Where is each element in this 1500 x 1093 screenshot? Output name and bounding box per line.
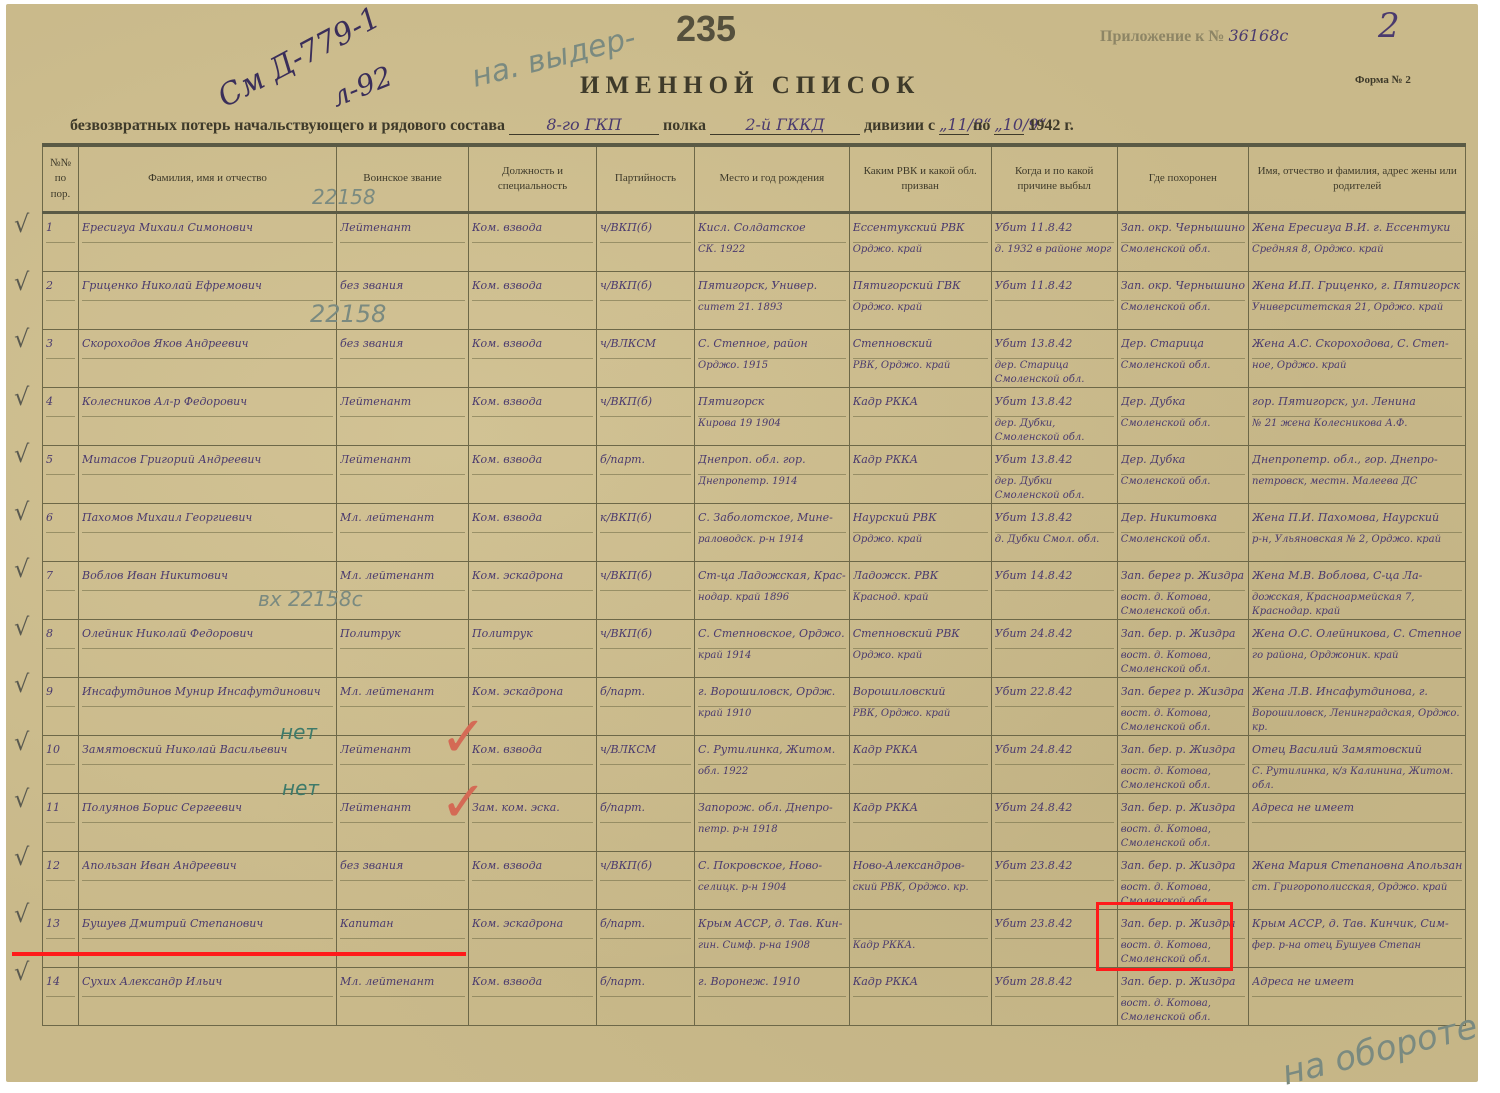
buried-cell: Зап. берег р. Жиздравост. д. Котова, Смо… bbox=[1117, 562, 1248, 620]
table-row: 5 Митасов Григорий Андреевич Лейтенант К… bbox=[43, 446, 1466, 504]
relatives-line2: го района, Орджоник. край bbox=[1252, 649, 1462, 677]
military-rank: Лейтенант bbox=[340, 388, 465, 417]
relatives-line2: фер. р-на отец Бушуев Степан bbox=[1252, 939, 1462, 967]
row-number: 5 bbox=[46, 446, 75, 475]
when-line1: Убит 13.8.42 bbox=[995, 504, 1114, 533]
row-number: 10 bbox=[46, 736, 75, 765]
appendix-reference: Приложение к № 36168с bbox=[1100, 26, 1288, 46]
full-name: Колесников Ал-р Федорович bbox=[82, 388, 333, 417]
row-number: 1 bbox=[46, 214, 75, 243]
buried-line2: вост. д. Котова, Смоленской обл. bbox=[1121, 765, 1245, 793]
margin-check-icon: √ bbox=[14, 440, 29, 468]
year: 1942 bbox=[1028, 117, 1060, 134]
header-number: №№ по пор. bbox=[43, 145, 79, 213]
party-membership: ч/ВКП(б) bbox=[600, 388, 691, 417]
relatives-line1: Адреса не имеет bbox=[1252, 794, 1462, 823]
buried-cell: Дер. ДубкаСмоленской обл. bbox=[1117, 446, 1248, 504]
casualty-list-table: №№ по пор. Фамилия, имя и отчество Воинс… bbox=[42, 143, 1466, 1026]
party-membership: б/парт. bbox=[600, 446, 691, 475]
header-buried: Где похоронен bbox=[1117, 145, 1248, 213]
pencil-number-3: вх 22158с bbox=[258, 587, 363, 611]
military-rank: Мл. лейтенант bbox=[340, 678, 465, 707]
birth-place-line1: Кисл. Солдатское bbox=[698, 214, 846, 243]
position: Ком. взвода bbox=[472, 330, 593, 359]
relatives-line1: Жена Ересигуа В.И. г. Ессентуки bbox=[1252, 214, 1462, 243]
document-title: ИМЕННОЙ СПИСОК bbox=[580, 72, 920, 100]
birth-place-line2: Орджо. 1915 bbox=[698, 359, 846, 387]
military-rank: без звания bbox=[340, 852, 465, 881]
document-subtitle: безвозвратных потерь начальствующего и р… bbox=[70, 115, 1074, 135]
position: Ком. взвода bbox=[472, 446, 593, 475]
birth-place-line1: Крым АССР, д. Тав. Кин- bbox=[698, 910, 846, 939]
position: Ком. эскадрона bbox=[472, 562, 593, 591]
margin-note-no-2: нет bbox=[282, 776, 319, 800]
header-party: Партийность bbox=[597, 145, 695, 213]
buried-line2: Смоленской обл. bbox=[1121, 533, 1245, 561]
buried-cell: Дер. СтарицаСмоленской обл. bbox=[1117, 330, 1248, 388]
relatives-line1: Жена Мария Степановна Апользан bbox=[1252, 852, 1462, 881]
relatives-line2: № 21 жена Колесникова А.Ф. bbox=[1252, 417, 1462, 445]
when-line2 bbox=[995, 301, 1114, 329]
when-line2 bbox=[995, 823, 1114, 851]
birth-place-line1: Запорож. обл. Днепро- bbox=[698, 794, 846, 823]
relatives-line1: Днепропетр. обл., гор. Днепро- bbox=[1252, 446, 1462, 475]
buried-line1: Зап. бер. р. Жиздра bbox=[1121, 852, 1245, 881]
position: Ком. взвода bbox=[472, 504, 593, 533]
buried-cell: Зап. бер. р. Жиздравост. д. Котова, Смол… bbox=[1117, 620, 1248, 678]
highlight-underline-row-13 bbox=[12, 952, 466, 956]
relatives-line2: Средняя 8, Орджо. край bbox=[1252, 243, 1462, 271]
birth-place-line2: СК. 1922 bbox=[698, 243, 846, 271]
when-line1: Убит 11.8.42 bbox=[995, 272, 1114, 301]
buried-line1: Дер. Дубка bbox=[1121, 446, 1245, 475]
party-membership: б/парт. bbox=[600, 678, 691, 707]
full-name: Инсафутдинов Мунир Инсафутдинович bbox=[82, 678, 333, 707]
when-line1: Убит 14.8.42 bbox=[995, 562, 1114, 591]
subtitle-prefix: безвозвратных потерь начальствующего и р… bbox=[70, 117, 505, 134]
rvk-line2: РВК, Орджо. край bbox=[853, 707, 988, 735]
when-line1: Убит 13.8.42 bbox=[995, 388, 1114, 417]
party-membership: б/парт. bbox=[600, 794, 691, 823]
buried-cell: Зап. бер. р. Жиздравост. д. Котова, Смол… bbox=[1117, 736, 1248, 794]
relatives-line1: Жена А.С. Скороходова, С. Степ- bbox=[1252, 330, 1462, 359]
buried-cell: Дер. НикитовкаСмоленской обл. bbox=[1117, 504, 1248, 562]
full-name: Скороходов Яков Андреевич bbox=[82, 330, 333, 359]
birth-place-line1: Днепроп. обл. гор. bbox=[698, 446, 846, 475]
when-line2 bbox=[995, 997, 1114, 1025]
rvk-line1: Кадр РККА bbox=[853, 388, 988, 417]
margin-check-icon: √ bbox=[14, 843, 29, 871]
header-when: Когда и по какой причине выбыл bbox=[991, 145, 1117, 213]
party-membership: ч/ВКП(б) bbox=[600, 272, 691, 301]
pencil-number-1: 22158 bbox=[312, 185, 376, 209]
full-name: Сухих Александр Ильич bbox=[82, 968, 333, 997]
position: Ком. взвода bbox=[472, 968, 593, 997]
table-row: 10 Замятовский Николай Васильевич Лейтен… bbox=[43, 736, 1466, 794]
rvk-line2: Орджо. край bbox=[853, 649, 988, 677]
row-number: 11 bbox=[46, 794, 75, 823]
full-name: Пахомов Михаил Георгиевич bbox=[82, 504, 333, 533]
buried-line1: Зап. берег р. Жиздра bbox=[1121, 562, 1245, 591]
division-value: 2-й ГККД bbox=[710, 115, 860, 135]
when-line1: Убит 13.8.42 bbox=[995, 446, 1114, 475]
position: Ком. взвода bbox=[472, 388, 593, 417]
table-row: 12 Апользан Иван Андреевич без звания Ко… bbox=[43, 852, 1466, 910]
birth-place-line1: С. Заболотское, Мине- bbox=[698, 504, 846, 533]
relatives-line1: гор. Пятигорск, ул. Ленина bbox=[1252, 388, 1462, 417]
relatives-line1: Жена П.И. Пахомова, Наурский bbox=[1252, 504, 1462, 533]
buried-line1: Зап. бер. р. Жиздра bbox=[1121, 968, 1245, 997]
birth-place-line2: обл. 1922 bbox=[698, 765, 846, 793]
relatives-line1: Отец Василий Замятовский bbox=[1252, 736, 1462, 765]
table-row: 8 Олейник Николай Федорович Политрук Пол… bbox=[43, 620, 1466, 678]
party-membership: ч/ВЛКСМ bbox=[600, 330, 691, 359]
buried-cell: Зап. окр. ЧернышиноСмоленской обл. bbox=[1117, 213, 1248, 272]
table-row: 14 Сухих Александр Ильич Мл. лейтенант К… bbox=[43, 968, 1466, 1026]
birth-place-line2: край 1914 bbox=[698, 649, 846, 677]
relatives-line1: Адреса не имеет bbox=[1252, 968, 1462, 997]
buried-line2: вост. д. Котова, Смоленской обл. bbox=[1121, 707, 1245, 735]
when-line2: д. 1932 в районе морг bbox=[995, 243, 1114, 271]
header-name: Фамилия, имя и отчество bbox=[79, 145, 337, 213]
birth-place-line1: С. Степновское, Орджо. bbox=[698, 620, 846, 649]
when-line1: Убит 24.8.42 bbox=[995, 794, 1114, 823]
row-number: 13 bbox=[46, 910, 75, 939]
year-suffix: г. bbox=[1064, 117, 1073, 134]
when-line1: Убит 22.8.42 bbox=[995, 678, 1114, 707]
position: Ком. взвода bbox=[472, 852, 593, 881]
page-mark: 2 bbox=[1378, 6, 1400, 46]
regiment-label: полка bbox=[663, 117, 706, 134]
buried-line2: вост. д. Котова, Смоленской обл. bbox=[1121, 649, 1245, 677]
position: Ком. взвода bbox=[472, 736, 593, 765]
when-line1: Убит 23.8.42 bbox=[995, 852, 1114, 881]
rvk-line1: Пятигорский ГВК bbox=[853, 272, 988, 301]
when-line2 bbox=[995, 591, 1114, 619]
buried-line2: вост. д. Котова, Смоленской обл. bbox=[1121, 591, 1245, 619]
birth-place-line2: селицк. р-н 1904 bbox=[698, 881, 846, 909]
rvk-line1: Кадр РККА bbox=[853, 446, 988, 475]
buried-line2: Смоленской обл. bbox=[1121, 417, 1245, 445]
birth-place-line1: С. Степное, район bbox=[698, 330, 846, 359]
highlight-box-burial-row-13 bbox=[1096, 902, 1233, 971]
rvk-line2 bbox=[853, 765, 988, 793]
rvk-line2: Орджо. край bbox=[853, 533, 988, 561]
red-check-icon: ✓ bbox=[440, 705, 487, 770]
margin-check-icon: √ bbox=[14, 555, 29, 583]
buried-cell: Зап. бер. р. Жиздравост. д. Котова, Смол… bbox=[1117, 794, 1248, 852]
position: Ком. взвода bbox=[472, 272, 593, 301]
buried-line1: Зап. окр. Чернышино bbox=[1121, 214, 1245, 243]
military-rank: Капитан bbox=[340, 910, 465, 939]
margin-check-icon: √ bbox=[14, 900, 29, 928]
table-row: 11 Полуянов Борис Сергеевич Лейтенант За… bbox=[43, 794, 1466, 852]
position: Политрук bbox=[472, 620, 593, 649]
military-rank: Лейтенант bbox=[340, 446, 465, 475]
position: Ком. взвода bbox=[472, 214, 593, 243]
rvk-line2: ский РВК, Орджо. кр. bbox=[853, 881, 988, 909]
when-line2: д. Дубки Смол. обл. bbox=[995, 533, 1114, 561]
rvk-line1: Кадр РККА bbox=[853, 968, 988, 997]
birth-place-line2 bbox=[698, 997, 846, 1025]
when-line1: Убит 11.8.42 bbox=[995, 214, 1114, 243]
birth-place-line2: раловодск. р-н 1914 bbox=[698, 533, 846, 561]
buried-line2: Смоленской обл. bbox=[1121, 243, 1245, 271]
party-membership: ч/ВКП(б) bbox=[600, 852, 691, 881]
header-relatives: Имя, отчество и фамилия, адрес жены или … bbox=[1249, 145, 1466, 213]
rvk-line1: Ладожск. РВК bbox=[853, 562, 988, 591]
red-check-icon: ✓ bbox=[440, 770, 487, 835]
military-rank: без звания bbox=[340, 330, 465, 359]
form-number: Форма № 2 bbox=[1355, 74, 1411, 86]
party-membership: ч/ВКП(б) bbox=[600, 562, 691, 591]
buried-cell: Зап. бер. р. Жиздравост. д. Котова, Смол… bbox=[1117, 852, 1248, 910]
when-line1: Убит 24.8.42 bbox=[995, 736, 1114, 765]
table-row: 6 Пахомов Михаил Георгиевич Мл. лейтенан… bbox=[43, 504, 1466, 562]
margin-check-icon: √ bbox=[14, 498, 29, 526]
birth-place-line1: г. Ворошиловск, Ордж. bbox=[698, 678, 846, 707]
margin-check-icon: √ bbox=[14, 383, 29, 411]
date-to-label: по bbox=[973, 117, 990, 134]
rvk-line2 bbox=[853, 823, 988, 851]
division-label: дивизии с bbox=[864, 117, 935, 134]
table-row: 9 Инсафутдинов Мунир Инсафутдинович Мл. … bbox=[43, 678, 1466, 736]
party-membership: ч/ВКП(б) bbox=[600, 620, 691, 649]
row-number: 2 bbox=[46, 272, 75, 301]
relatives-line1: Крым АССР, д. Тав. Кинчик, Сим- bbox=[1252, 910, 1462, 939]
when-line2 bbox=[995, 765, 1114, 793]
buried-line2: Смоленской обл. bbox=[1121, 301, 1245, 329]
relatives-line2: С. Рутилинка, к/з Калинина, Житом. обл. bbox=[1252, 765, 1462, 793]
party-membership: б/парт. bbox=[600, 910, 691, 939]
margin-check-icon: √ bbox=[14, 958, 29, 986]
buried-cell: Зап. бер. р. Жиздравост. д. Котова, Смол… bbox=[1117, 968, 1248, 1026]
military-rank: без звания bbox=[340, 272, 465, 301]
regiment-value: 8-го ГКП bbox=[509, 115, 659, 135]
header-birth: Место и год рождения bbox=[695, 145, 850, 213]
buried-line1: Дер. Старица bbox=[1121, 330, 1245, 359]
buried-line2: Смоленской обл. bbox=[1121, 475, 1245, 503]
appendix-number: 36168с bbox=[1228, 26, 1288, 45]
buried-line1: Зап. берег р. Жиздра bbox=[1121, 678, 1245, 707]
buried-cell: Зап. берег р. Жиздравост. д. Котова, Смо… bbox=[1117, 678, 1248, 736]
table-row: 1 Ересигуа Михаил Симонович Лейтенант Ко… bbox=[43, 213, 1466, 272]
stamp-number: 235 bbox=[676, 8, 736, 50]
rvk-line1: Ново-Александров- bbox=[853, 852, 988, 881]
rvk-line2: РВК, Орджо. край bbox=[853, 359, 988, 387]
rvk-line2: Краснод. край bbox=[853, 591, 988, 619]
full-name: Гриценко Николай Ефремович bbox=[82, 272, 333, 301]
buried-cell: Зап. окр. ЧернышиноСмоленской обл. bbox=[1117, 272, 1248, 330]
rvk-line1: Наурский РВК bbox=[853, 504, 988, 533]
military-rank: Мл. лейтенант bbox=[340, 968, 465, 997]
when-line1: Убит 24.8.42 bbox=[995, 620, 1114, 649]
row-number: 12 bbox=[46, 852, 75, 881]
birth-place-line2: Днепропетр. 1914 bbox=[698, 475, 846, 503]
table-row: 4 Колесников Ал-р Федорович Лейтенант Ко… bbox=[43, 388, 1466, 446]
position: Ком. эскадрона bbox=[472, 678, 593, 707]
buried-cell: Дер. ДубкаСмоленской обл. bbox=[1117, 388, 1248, 446]
birth-place-line1: С. Рутилинка, Житом. bbox=[698, 736, 846, 765]
buried-line1: Дер. Никитовка bbox=[1121, 504, 1245, 533]
birth-place-line2: петр. р-н 1918 bbox=[698, 823, 846, 851]
margin-check-icon: √ bbox=[14, 728, 29, 756]
buried-line2: вост. д. Котова, Смоленской обл. bbox=[1121, 823, 1245, 851]
rvk-line1: Степновский bbox=[853, 330, 988, 359]
buried-line1: Зап. бер. р. Жиздра bbox=[1121, 736, 1245, 765]
when-line2: дер. Старица Смоленской обл. bbox=[995, 359, 1114, 387]
rvk-line2 bbox=[853, 475, 988, 503]
header-position: Должность и специальность bbox=[469, 145, 597, 213]
rvk-line1: Степновский РВК bbox=[853, 620, 988, 649]
rvk-line2 bbox=[853, 997, 988, 1025]
birth-place-line1: г. Воронеж. 1910 bbox=[698, 968, 846, 997]
rvk-line2: Орджо. край bbox=[853, 301, 988, 329]
military-rank: Политрук bbox=[340, 620, 465, 649]
row-number: 14 bbox=[46, 968, 75, 997]
margin-note-no-1: нет bbox=[280, 720, 317, 744]
margin-check-icon: √ bbox=[14, 670, 29, 698]
appendix-label: Приложение к № bbox=[1100, 28, 1224, 45]
buried-line1: Зап. бер. р. Жиздра bbox=[1121, 794, 1245, 823]
birth-place-line2: край 1910 bbox=[698, 707, 846, 735]
row-number: 6 bbox=[46, 504, 75, 533]
full-name: Олейник Николай Федорович bbox=[82, 620, 333, 649]
row-number: 7 bbox=[46, 562, 75, 591]
when-line2 bbox=[995, 649, 1114, 677]
margin-check-icon: √ bbox=[14, 268, 29, 296]
rvk-line2 bbox=[853, 417, 988, 445]
header-rvk: Каким РВК и какой обл. призван bbox=[849, 145, 991, 213]
margin-check-icon: √ bbox=[14, 785, 29, 813]
party-membership: к/ВКП(б) bbox=[600, 504, 691, 533]
date-to: „10/9“ bbox=[994, 115, 1024, 135]
relatives-line2: дожская, Красноармейская 7, Краснодар. к… bbox=[1252, 591, 1462, 619]
buried-line2: Смоленской обл. bbox=[1121, 359, 1245, 387]
table-row: 3 Скороходов Яков Андреевич без звания К… bbox=[43, 330, 1466, 388]
date-from: „11/8“ bbox=[939, 115, 969, 135]
table-row: 13 Бушуев Дмитрий Степанович Капитан Ком… bbox=[43, 910, 1466, 968]
relatives-line2: Университетская 21, Орджо. край bbox=[1252, 301, 1462, 329]
when-line1: Убит 28.8.42 bbox=[995, 968, 1114, 997]
relatives-line1: Жена О.С. Олейникова, С. Степное bbox=[1252, 620, 1462, 649]
table-header-row: №№ по пор. Фамилия, имя и отчество Воинс… bbox=[43, 145, 1466, 213]
relatives-line2: р-н, Ульяновская № 2, Орджо. край bbox=[1252, 533, 1462, 561]
full-name: Ересигуа Михаил Симонович bbox=[82, 214, 333, 243]
full-name: Бушуев Дмитрий Степанович bbox=[82, 910, 333, 939]
relatives-line1: Жена И.П. Гриценко, г. Пятигорск bbox=[1252, 272, 1462, 301]
military-rank: Лейтенант bbox=[340, 214, 465, 243]
row-number: 9 bbox=[46, 678, 75, 707]
relatives-line1: Жена М.В. Воблова, С-ца Ла- bbox=[1252, 562, 1462, 591]
birth-place-line2: нодар. край 1896 bbox=[698, 591, 846, 619]
relatives-line2 bbox=[1252, 823, 1462, 851]
rvk-line2: Орджо. край bbox=[853, 243, 988, 271]
birth-place-line1: Пятигорск bbox=[698, 388, 846, 417]
birth-place-line1: Пятигорск, Универ. bbox=[698, 272, 846, 301]
party-membership: ч/ВКП(б) bbox=[600, 214, 691, 243]
rvk-line1: Ессентукский РВК bbox=[853, 214, 988, 243]
buried-line1: Зап. окр. Чернышино bbox=[1121, 272, 1245, 301]
relatives-line2: ст. Григорополисская, Орджо. край bbox=[1252, 881, 1462, 909]
position: Зам. ком. эска. bbox=[472, 794, 593, 823]
table-row: 2 Гриценко Николай Ефремович без звания … bbox=[43, 272, 1466, 330]
buried-line2: вост. д. Котова, Смоленской обл. bbox=[1121, 997, 1245, 1025]
margin-check-icon: √ bbox=[14, 210, 29, 238]
birth-place-line2: гин. Симф. р-на 1908 bbox=[698, 939, 846, 967]
birth-place-line1: С. Покровское, Ново- bbox=[698, 852, 846, 881]
party-membership: ч/ВЛКСМ bbox=[600, 736, 691, 765]
row-number: 8 bbox=[46, 620, 75, 649]
margin-check-icon: √ bbox=[14, 325, 29, 353]
relatives-line2: петровск, местн. Малеева ДС bbox=[1252, 475, 1462, 503]
party-membership: б/парт. bbox=[600, 968, 691, 997]
relatives-line1: Жена Л.В. Инсафутдинова, г. bbox=[1252, 678, 1462, 707]
table-row: 7 Воблов Иван Никитович Мл. лейтенант Ко… bbox=[43, 562, 1466, 620]
when-line1: Убит 13.8.42 bbox=[995, 330, 1114, 359]
margin-check-icon: √ bbox=[14, 613, 29, 641]
military-rank: Мл. лейтенант bbox=[340, 504, 465, 533]
relatives-line2: ное, Орджо. край bbox=[1252, 359, 1462, 387]
full-name: Апользан Иван Андреевич bbox=[82, 852, 333, 881]
birth-place-line1: Ст-ца Ладожская, Крас- bbox=[698, 562, 846, 591]
rvk-line1: Кадр РККА bbox=[853, 736, 988, 765]
when-line2: дер. Дубки, Смоленской обл. bbox=[995, 417, 1114, 445]
row-number: 3 bbox=[46, 330, 75, 359]
birth-place-line2: Кирова 19 1904 bbox=[698, 417, 846, 445]
relatives-line2: Ворошиловск, Ленинградская, Орджо. кр. bbox=[1252, 707, 1462, 735]
rvk-line1: Ворошиловский bbox=[853, 678, 988, 707]
rvk-line1: Кадр РККА bbox=[853, 794, 988, 823]
when-line2: дер. Дубки Смоленской обл. bbox=[995, 475, 1114, 503]
when-line2 bbox=[995, 707, 1114, 735]
rvk-line2: Кадр РККА. bbox=[853, 939, 988, 967]
rvk-line1 bbox=[853, 910, 988, 939]
buried-line1: Зап. бер. р. Жиздра bbox=[1121, 620, 1245, 649]
birth-place-line2: ситет 21. 1893 bbox=[698, 301, 846, 329]
buried-line1: Дер. Дубка bbox=[1121, 388, 1245, 417]
position: Ком. эскадрона bbox=[472, 910, 593, 939]
row-number: 4 bbox=[46, 388, 75, 417]
full-name: Митасов Григорий Андреевич bbox=[82, 446, 333, 475]
pencil-number-2: 22158 bbox=[310, 300, 386, 328]
